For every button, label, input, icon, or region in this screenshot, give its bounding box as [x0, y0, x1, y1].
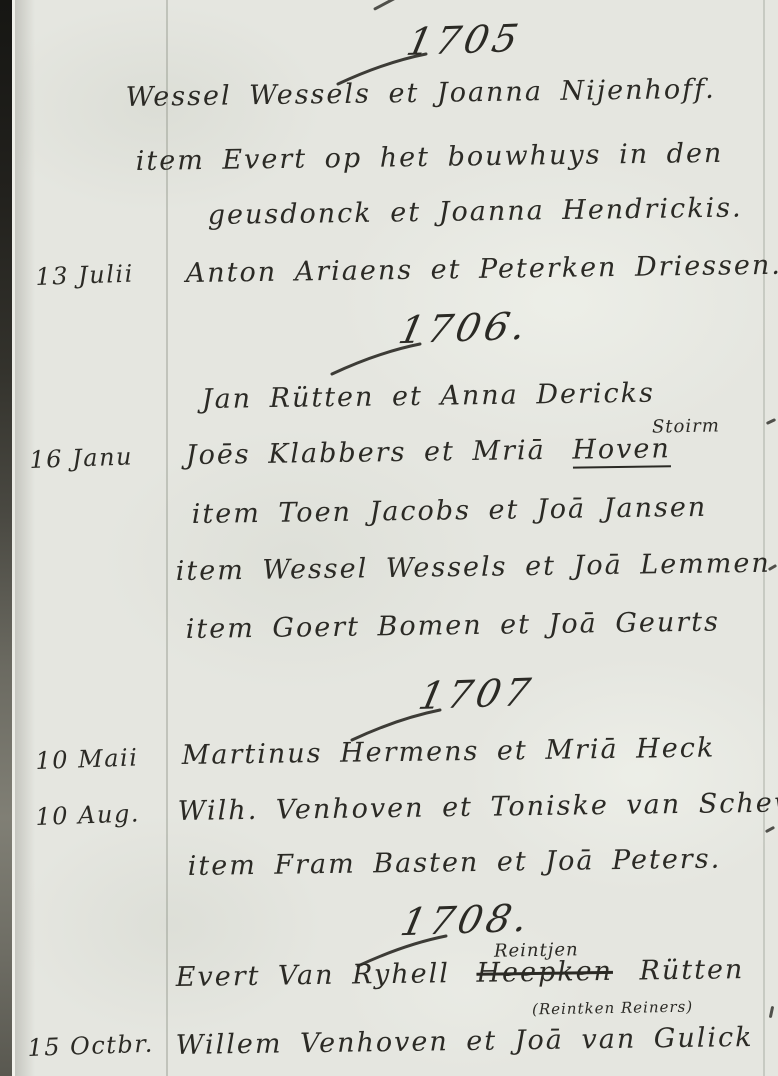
entry-text: Evert Van Ryhell	[176, 958, 451, 993]
date-label: 13 Julii	[35, 260, 134, 291]
struck-name: Heepken	[476, 956, 613, 989]
entry-text: item Evert op het bouwhuys in den	[136, 138, 724, 177]
cutoff-stroke-right	[769, 1006, 774, 1018]
entry-line: item Evert op het bouwhuys in den	[136, 138, 724, 179]
entry-text: Joēs Klabbers et Mriā	[186, 435, 546, 471]
entry-text: item Goert Bomen et Joā Geurts	[186, 607, 721, 645]
entry-line: Joēs Klabbers et Mriā Hoven	[186, 433, 671, 472]
entry-text: Rütten	[639, 954, 744, 986]
entry-text: item Toen Jacobs et Joā Jansen	[192, 492, 708, 530]
entry-line: geusdonck et Joanna Hendrickis.	[208, 193, 743, 233]
cutoff-stroke-right	[765, 826, 775, 833]
date-label: 16 Janu	[29, 442, 133, 474]
date-label: 15 Octbr.	[27, 1030, 154, 1062]
entry-text: Wessel Wessels et Joanna Nijenhoff.	[126, 74, 716, 113]
heading-flourish	[330, 342, 422, 376]
entry-text: item Fram Basten et Joā Peters.	[188, 844, 722, 882]
book-spine-edge	[0, 0, 12, 1076]
column-rule-right	[763, 0, 765, 1076]
entry-text: item Wessel Wessels et Joā Lemmen	[176, 548, 771, 587]
entry-line: Willem Venhoven et Joā van Gulick	[176, 1022, 754, 1062]
entry-line: item Wessel Wessels et Joā Lemmen	[176, 548, 771, 589]
entry-line: item Goert Bomen et Joā Geurts	[186, 607, 721, 647]
entry-line: Evert Van Ryhell Heepken Rütten	[176, 954, 745, 994]
date-label: 10 Aug.	[35, 799, 140, 831]
entry-line: item Toen Jacobs et Joā Jansen	[192, 492, 708, 532]
entry-text: Wilh. Venhoven et Toniske van Schewick	[178, 787, 778, 827]
underlined-name: Hoven	[572, 433, 671, 468]
cutoff-stroke-right	[766, 418, 776, 425]
entry-text: Anton Ariaens et Peterken Driessen.	[186, 250, 778, 289]
entry-line: Wessel Wessels et Joanna Nijenhoff.	[126, 74, 716, 115]
date-label: 10 Maii	[35, 743, 139, 775]
cutoff-stroke-top	[373, 0, 401, 11]
entry-line: Anton Ariaens et Peterken Driessen.	[186, 250, 778, 291]
entry-text: Martinus Hermens et Mriā Heck	[182, 733, 716, 771]
marginal-annotation: (Reintken Reiners)	[532, 998, 693, 1019]
entry-text: Jan Rütten et Anna Dericks	[202, 378, 656, 415]
register-page: 1705 Wessel Wessels et Joanna Nijenhoff.…	[0, 0, 778, 1076]
entry-text: Willem Venhoven et Joā van Gulick	[176, 1022, 754, 1061]
entry-text: geusdonck et Joanna Hendrickis.	[208, 193, 743, 231]
entry-line: item Fram Basten et Joā Peters.	[188, 844, 722, 884]
spine-shadow	[15, 0, 35, 1076]
entry-line: Jan Rütten et Anna Dericks	[202, 378, 656, 417]
entry-line: Wilh. Venhoven et Toniske van Schewick	[178, 787, 778, 829]
entry-line: Martinus Hermens et Mriā Heck	[182, 733, 716, 773]
